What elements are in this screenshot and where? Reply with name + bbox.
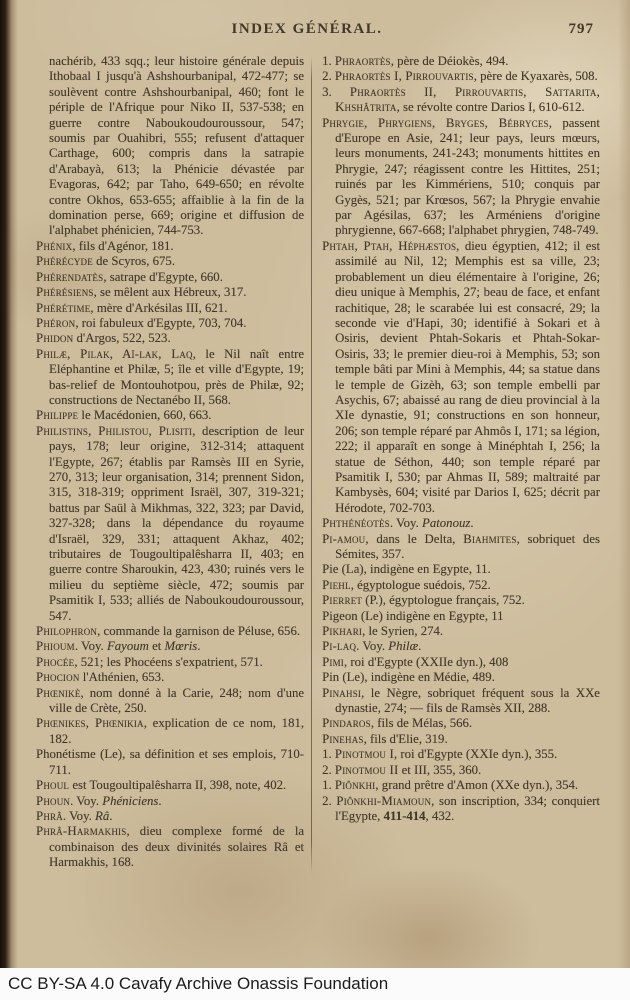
entry-text: l'Athénien, 653. xyxy=(80,670,165,684)
index-entry: Pie (La), indigène en Egypte, 11. xyxy=(322,562,600,577)
index-entry: Philæ, Pilak, Aï-lak, Laq, le Nil naît e… xyxy=(36,347,304,409)
index-entry: Phthénéotès. Voy. Patonouz. xyxy=(322,516,600,531)
index-entry: Pinehas, fils d'Elie, 319. xyxy=(322,732,600,747)
entry-text: . Voy. xyxy=(70,794,102,808)
entry-text: Philæ xyxy=(388,639,418,653)
entry-number: 1. xyxy=(322,747,335,761)
entry-headword: Philæ, Pilak, Aï-lak, Laq xyxy=(36,347,193,361)
entry-headword: Phérécyde xyxy=(36,254,93,268)
book-binding-shadow xyxy=(0,0,18,968)
entry-text: , égyptologue suédois, 752. xyxy=(351,578,491,592)
entry-text: 411-414 xyxy=(384,809,426,823)
entry-headword: Phrâ-Harmakhis xyxy=(36,824,126,838)
index-entry: Phénix, fils d'Agénor, 181. xyxy=(36,239,304,254)
entry-number: 1. xyxy=(322,54,335,68)
entry-text: est Tougoultipalêsharra II, 398, note, 4… xyxy=(69,778,286,792)
entry-headword: Philistins, Philistou, Plisiti xyxy=(36,424,192,438)
entry-headword: Phérésiens xyxy=(36,285,94,299)
entry-number: 2. xyxy=(322,794,336,808)
index-entry: 2. Piônkhi-Miamoun, son inscription, 334… xyxy=(322,794,600,825)
entry-text: Râ xyxy=(95,809,109,823)
entry-text: , fils d'Agénor, 181. xyxy=(72,239,173,253)
entry-text: , le Nègre, sobriquet fréquent sous la X… xyxy=(335,686,600,715)
entry-text: . Voy. xyxy=(390,516,422,530)
entry-headword: Phocée xyxy=(36,655,74,669)
entry-headword: Phocion xyxy=(36,670,80,684)
entry-number: 3. xyxy=(322,85,350,99)
index-entry: Pi-amou, dans le Delta, Biahmites, sobri… xyxy=(322,532,600,563)
entry-headword: Piônkhi xyxy=(335,778,376,792)
index-entry: Phérésiens, se mêlent aux Hébreux, 317. xyxy=(36,285,304,300)
entry-text: , 432. xyxy=(426,809,455,823)
entry-text: , dieu égyptien, 412; il est assimilé au… xyxy=(335,239,600,515)
entry-headword: Phraortès I, Pirrouvartis xyxy=(335,69,474,83)
entry-headword: Phrâ xyxy=(36,809,63,823)
entry-text: Pigeon (Le) indigène en Egypte, 11 xyxy=(322,609,503,623)
entry-headword: Phthénéotès xyxy=(322,516,390,530)
license-bar: CC BY-SA 4.0 Cavafy Archive Onassis Foun… xyxy=(0,968,630,1000)
entry-text: . xyxy=(470,516,473,530)
entry-headword: Phœnikes, Phœnikia xyxy=(36,716,144,730)
entry-number: 2. xyxy=(322,69,335,83)
license-text: CC BY-SA 4.0 Cavafy Archive Onassis Foun… xyxy=(0,974,388,994)
entry-text: . Voy. xyxy=(356,639,388,653)
entry-headword: Phioum xyxy=(36,639,75,653)
entry-text: , roi d'Egypte (XXIIe dyn.), 408 xyxy=(344,655,508,669)
index-entry: 1. Piônkhi, grand prêtre d'Amon (XXe dyn… xyxy=(322,778,600,793)
entry-text: , nom donné à la Carie, 248; nom d'une v… xyxy=(49,686,304,715)
entry-text: , 521; les Phocéens s'expatrient, 571. xyxy=(74,655,263,669)
index-entry: Pi-laq. Voy. Philæ. xyxy=(322,639,600,654)
entry-text: , commande la garnison de Péluse, 656. xyxy=(97,624,300,638)
entry-headword: Pikhari xyxy=(322,624,362,638)
entry-text: de Scyros, 675. xyxy=(93,254,175,268)
index-entry: Philistins, Philistou, Plisiti, descript… xyxy=(36,424,304,624)
index-entry: Phœnikes, Phœnikia, explication de ce no… xyxy=(36,716,304,747)
index-entry: Phœnikè, nom donné à la Carie, 248; nom … xyxy=(36,686,304,717)
entry-text: . xyxy=(158,794,161,808)
entry-text: . xyxy=(109,809,112,823)
entry-text: , dans le Delta, xyxy=(365,532,463,546)
entry-text: , roi d'Egypte (XXIe dyn.), 355. xyxy=(394,747,557,761)
entry-headword: Phérétime xyxy=(36,301,90,315)
index-entry: Phrâ-Harmakhis, dieu complexe formé de l… xyxy=(36,824,304,870)
entry-text: , père de Déiokès, 494. xyxy=(391,54,509,68)
index-entry: Phérétime, mère d'Arkésilas III, 621. xyxy=(36,301,304,316)
index-entry: Pin (Le), indigène en Médie, 489. xyxy=(322,670,600,685)
index-entry: 2. Phraortès I, Pirrouvartis, père de Ky… xyxy=(322,69,600,84)
entry-headword: Pierret xyxy=(322,593,362,607)
entry-text: le Macédonien, 660, 663. xyxy=(78,408,211,422)
index-entry: Pierret (P.), égyptologue français, 752. xyxy=(322,593,600,608)
entry-headword: Pi-amou xyxy=(322,532,365,546)
entry-text: Patonouz xyxy=(422,516,470,530)
index-entry: Pindaros, fils de Mélas, 566. xyxy=(322,716,600,731)
index-entry: Pimi, roi d'Egypte (XXIIe dyn.), 408 xyxy=(322,655,600,670)
index-entry: nachérib, 433 sqq.; leur histoire généra… xyxy=(36,54,304,239)
entry-text: , description de leur pays, 178; leur or… xyxy=(49,424,304,623)
index-entry: Phonétisme (Le), sa définition et ses em… xyxy=(36,747,304,778)
entry-text: . Voy. xyxy=(75,639,107,653)
entry-text: Mœris xyxy=(165,639,198,653)
index-entry: Pikhari, le Syrien, 274. xyxy=(322,624,600,639)
entry-text: , fils d'Elie, 319. xyxy=(364,732,448,746)
entry-headword: Pinehas xyxy=(322,732,364,746)
entry-headword: Phérendatès xyxy=(36,270,103,284)
entry-headword: Phoul xyxy=(36,778,69,792)
entry-headword: Phidon xyxy=(36,331,73,345)
entry-headword: Phraortès xyxy=(335,54,391,68)
entry-text: Fayoum xyxy=(107,639,149,653)
entry-text: , se révolte contre Darios I, 610-612. xyxy=(397,100,585,114)
entry-text: , satrape d'Egypte, 660. xyxy=(103,270,223,284)
entry-headword: Phénix xyxy=(36,239,72,253)
index-entry: Piehl, égyptologue suédois, 752. xyxy=(322,578,600,593)
entry-text: . xyxy=(418,639,421,653)
index-entry: Phoul est Tougoultipalêsharra II, 398, n… xyxy=(36,778,304,793)
column-left: nachérib, 433 sqq.; leur histoire généra… xyxy=(36,54,314,871)
entry-text: , mère d'Arkésilas III, 621. xyxy=(90,301,227,315)
scanned-book-page: INDEX GÉNÉRAL. 797 nachérib, 433 sqq.; l… xyxy=(0,0,630,968)
index-entry: Phioum. Voy. Fayoum et Mœris. xyxy=(36,639,304,654)
entry-text: Pie (La), indigène en Egypte, 11. xyxy=(322,562,491,576)
entry-text: d'Argos, 522, 523. xyxy=(73,331,170,345)
index-entry: Pinahsi, le Nègre, sobriquet fréquent so… xyxy=(322,686,600,717)
entry-headword: Phœnikè xyxy=(36,686,81,700)
entry-number: 1. xyxy=(322,778,335,792)
entry-text: , le Syrien, 274. xyxy=(362,624,443,638)
entry-headword: Philippe xyxy=(36,408,78,422)
index-entry: Philophron, commande la garnison de Pélu… xyxy=(36,624,304,639)
page-title: INDEX GÉNÉRAL. xyxy=(0,21,614,38)
entry-text: (P.), égyptologue français, 752. xyxy=(362,593,525,607)
entry-headword: Phrygie, Phrygiens, Bryges, Bébryces xyxy=(322,116,549,130)
entry-text: Pin (Le), indigène en Médie, 489. xyxy=(322,670,495,684)
entry-headword: Piônkhi-Miamoun xyxy=(336,794,431,808)
entry-text: nachérib, 433 sqq.; leur histoire généra… xyxy=(49,54,304,237)
entry-text: , grand prêtre d'Amon (XXe dyn.), 354. xyxy=(375,778,578,792)
index-entry: Phidon d'Argos, 522, 523. xyxy=(36,331,304,346)
page-number: 797 xyxy=(569,21,595,38)
entry-number: 2. xyxy=(322,763,335,777)
entry-text: Phonétisme (Le), sa définition et ses em… xyxy=(36,747,304,776)
entry-text: , se mêlent aux Hébreux, 317. xyxy=(94,285,247,299)
index-entry: 1. Phraortès, père de Déiokès, 494. xyxy=(322,54,600,69)
entry-headword: Pinotmou I xyxy=(335,747,394,761)
entry-headword: Phoun xyxy=(36,794,70,808)
entry-headword: Pinotmou II xyxy=(335,763,399,777)
entry-text: , passent d'Europe en Asie, 241; leur pa… xyxy=(335,116,600,238)
index-entry: 2. Pinotmou II et III, 355, 360. xyxy=(322,763,600,778)
entry-headword: Pimi xyxy=(322,655,344,669)
index-entry: Pigeon (Le) indigène en Egypte, 11 xyxy=(322,609,600,624)
entry-text: , roi fabuleux d'Egypte, 703, 704. xyxy=(75,316,246,330)
index-entry: 3. Phraortès II, Pirrouvartis, Sattarita… xyxy=(322,85,600,116)
index-entry: Phoun. Voy. Phéniciens. xyxy=(36,794,304,809)
entry-headword: Phéron xyxy=(36,316,75,330)
entry-headword: Piehl xyxy=(322,578,351,592)
entry-headword: Pindaros xyxy=(322,716,371,730)
index-entry: Phérendatès, satrape d'Egypte, 660. xyxy=(36,270,304,285)
entry-text: . xyxy=(197,639,200,653)
entry-text: et xyxy=(149,639,165,653)
entry-headword: Pinahsi xyxy=(322,686,361,700)
entry-text: . Voy. xyxy=(63,809,95,823)
entry-text: , fils de Mélas, 566. xyxy=(371,716,472,730)
index-entry: Phéron, roi fabuleux d'Egypte, 703, 704. xyxy=(36,316,304,331)
entry-text: Phéniciens xyxy=(102,794,158,808)
entry-text: et III, 355, 360. xyxy=(398,763,481,777)
column-right: 1. Phraortès, père de Déiokès, 494.2. Ph… xyxy=(314,54,600,871)
index-entry: Phérécyde de Scyros, 675. xyxy=(36,254,304,269)
index-entry: Phrâ. Voy. Râ. xyxy=(36,809,304,824)
index-entry: Phtah, Ptah, Héphæstos, dieu égyptien, 4… xyxy=(322,239,600,516)
index-entry: Phrygie, Phrygiens, Bryges, Bébryces, pa… xyxy=(322,116,600,239)
entry-headword: Philophron xyxy=(36,624,97,638)
index-entry: Phocion l'Athénien, 653. xyxy=(36,670,304,685)
page-right-edge-shade xyxy=(618,0,630,968)
entry-text: , père de Kyaxarès, 508. xyxy=(474,69,598,83)
entry-headword: Pi-laq xyxy=(322,639,356,653)
index-entry: Phocée, 521; les Phocéens s'expatrient, … xyxy=(36,655,304,670)
index-entry: Philippe le Macédonien, 660, 663. xyxy=(36,408,304,423)
index-columns: nachérib, 433 sqq.; leur histoire généra… xyxy=(36,54,600,871)
entry-headword: Phtah, Ptah, Héphæstos xyxy=(322,239,456,253)
entry-headword: Biahmites xyxy=(463,532,516,546)
index-entry: 1. Pinotmou I, roi d'Egypte (XXIe dyn.),… xyxy=(322,747,600,762)
